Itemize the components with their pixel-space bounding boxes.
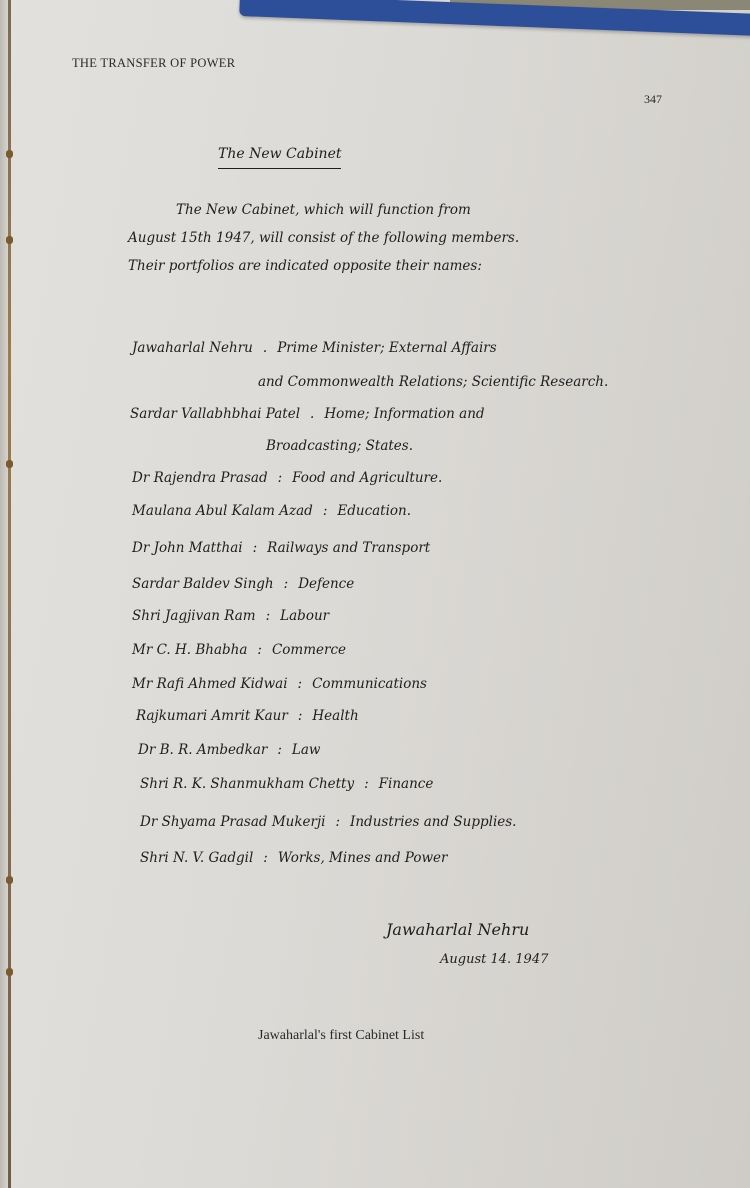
member-name: Dr Shyama Prasad Mukerji <box>140 814 325 830</box>
member-portfolio: Industries and Supplies. <box>350 814 516 830</box>
member-portfolio: Commerce <box>272 642 346 658</box>
member-portfolio: Home; Information and <box>324 406 484 422</box>
portfolio-continuation: Broadcasting; States. <box>266 438 413 454</box>
signature-date: August 14. 1947 <box>440 952 548 967</box>
member-portfolio: Works, Mines and Power <box>278 850 448 866</box>
member-name: Shri N. V. Gadgil <box>140 850 253 866</box>
member-portfolio: Health <box>312 708 358 724</box>
intro-paragraph: The New Cabinet, which will function fro… <box>128 196 519 280</box>
member-row: Shri R. K. Shanmukham Chetty:Finance <box>140 776 433 792</box>
member-name: Dr John Matthai <box>132 540 243 556</box>
running-head: THE TRANSFER OF POWER <box>72 56 235 71</box>
member-portfolio: Defence <box>298 576 354 592</box>
member-portfolio: Education. <box>337 503 411 519</box>
member-portfolio: Law <box>292 742 321 758</box>
document-title: The New Cabinet <box>218 146 341 169</box>
figure-caption: Jawaharlal's first Cabinet List <box>258 1028 424 1044</box>
member-name: Shri R. K. Shanmukham Chetty <box>140 776 354 792</box>
member-portfolio: Prime Minister; External Affairs <box>277 340 496 356</box>
portfolio-continuation: and Commonwealth Relations; Scientific R… <box>258 374 608 390</box>
gutter-shadow <box>0 0 8 1188</box>
member-name: Rajkumari Amrit Kaur <box>136 708 288 724</box>
member-row: Mr C. H. Bhabha:Commerce <box>132 642 346 658</box>
intro-line: August 15th 1947, will consist of the fo… <box>128 224 519 252</box>
member-portfolio: Labour <box>280 608 329 624</box>
member-name: Sardar Baldev Singh <box>132 576 274 592</box>
member-portfolio: Finance <box>379 776 434 792</box>
member-portfolio: Railways and Transport <box>267 540 430 556</box>
member-row: Dr John Matthai:Railways and Transport <box>132 540 430 556</box>
binding-knot <box>6 236 13 244</box>
member-name: Shri Jagjivan Ram <box>132 608 256 624</box>
member-row: Dr B. R. Ambedkar:Law <box>138 742 320 758</box>
member-row: Shri N. V. Gadgil:Works, Mines and Power <box>140 850 447 866</box>
signature: Jawaharlal Nehru <box>386 920 529 939</box>
member-portfolio: Communications <box>312 676 427 692</box>
binding-knot <box>6 460 13 468</box>
binding-thread <box>8 0 11 1188</box>
intro-line: Their portfolios are indicated opposite … <box>128 252 519 280</box>
binding-knot <box>6 876 13 884</box>
member-name: Jawaharlal Nehru <box>132 340 253 356</box>
binding-knot <box>6 968 13 976</box>
member-name: Mr Rafi Ahmed Kidwai <box>132 676 288 692</box>
member-name: Sardar Vallabhbhai Patel <box>130 406 300 422</box>
binding-knot <box>6 150 13 158</box>
member-row: Dr Rajendra Prasad:Food and Agriculture. <box>132 470 442 486</box>
member-row: Jawaharlal Nehru.Prime Minister; Externa… <box>132 340 497 356</box>
member-name: Maulana Abul Kalam Azad <box>132 503 313 519</box>
member-row: Rajkumari Amrit Kaur:Health <box>136 708 359 724</box>
page-number: 347 <box>644 92 662 107</box>
book-page: THE TRANSFER OF POWER 347 The New Cabine… <box>0 0 750 1188</box>
member-row: Mr Rafi Ahmed Kidwai:Communications <box>132 676 427 692</box>
member-row: Maulana Abul Kalam Azad:Education. <box>132 503 411 519</box>
member-row: Sardar Baldev Singh:Defence <box>132 576 354 592</box>
member-portfolio: Food and Agriculture. <box>292 470 442 486</box>
member-row: Sardar Vallabhbhai Patel.Home; Informati… <box>130 406 485 422</box>
member-name: Mr C. H. Bhabha <box>132 642 247 658</box>
member-name: Dr B. R. Ambedkar <box>138 742 267 758</box>
member-row: Shri Jagjivan Ram:Labour <box>132 608 329 624</box>
member-name: Dr Rajendra Prasad <box>132 470 268 486</box>
member-row: Dr Shyama Prasad Mukerji:Industries and … <box>140 814 516 830</box>
intro-line: The New Cabinet, which will function fro… <box>128 196 519 224</box>
